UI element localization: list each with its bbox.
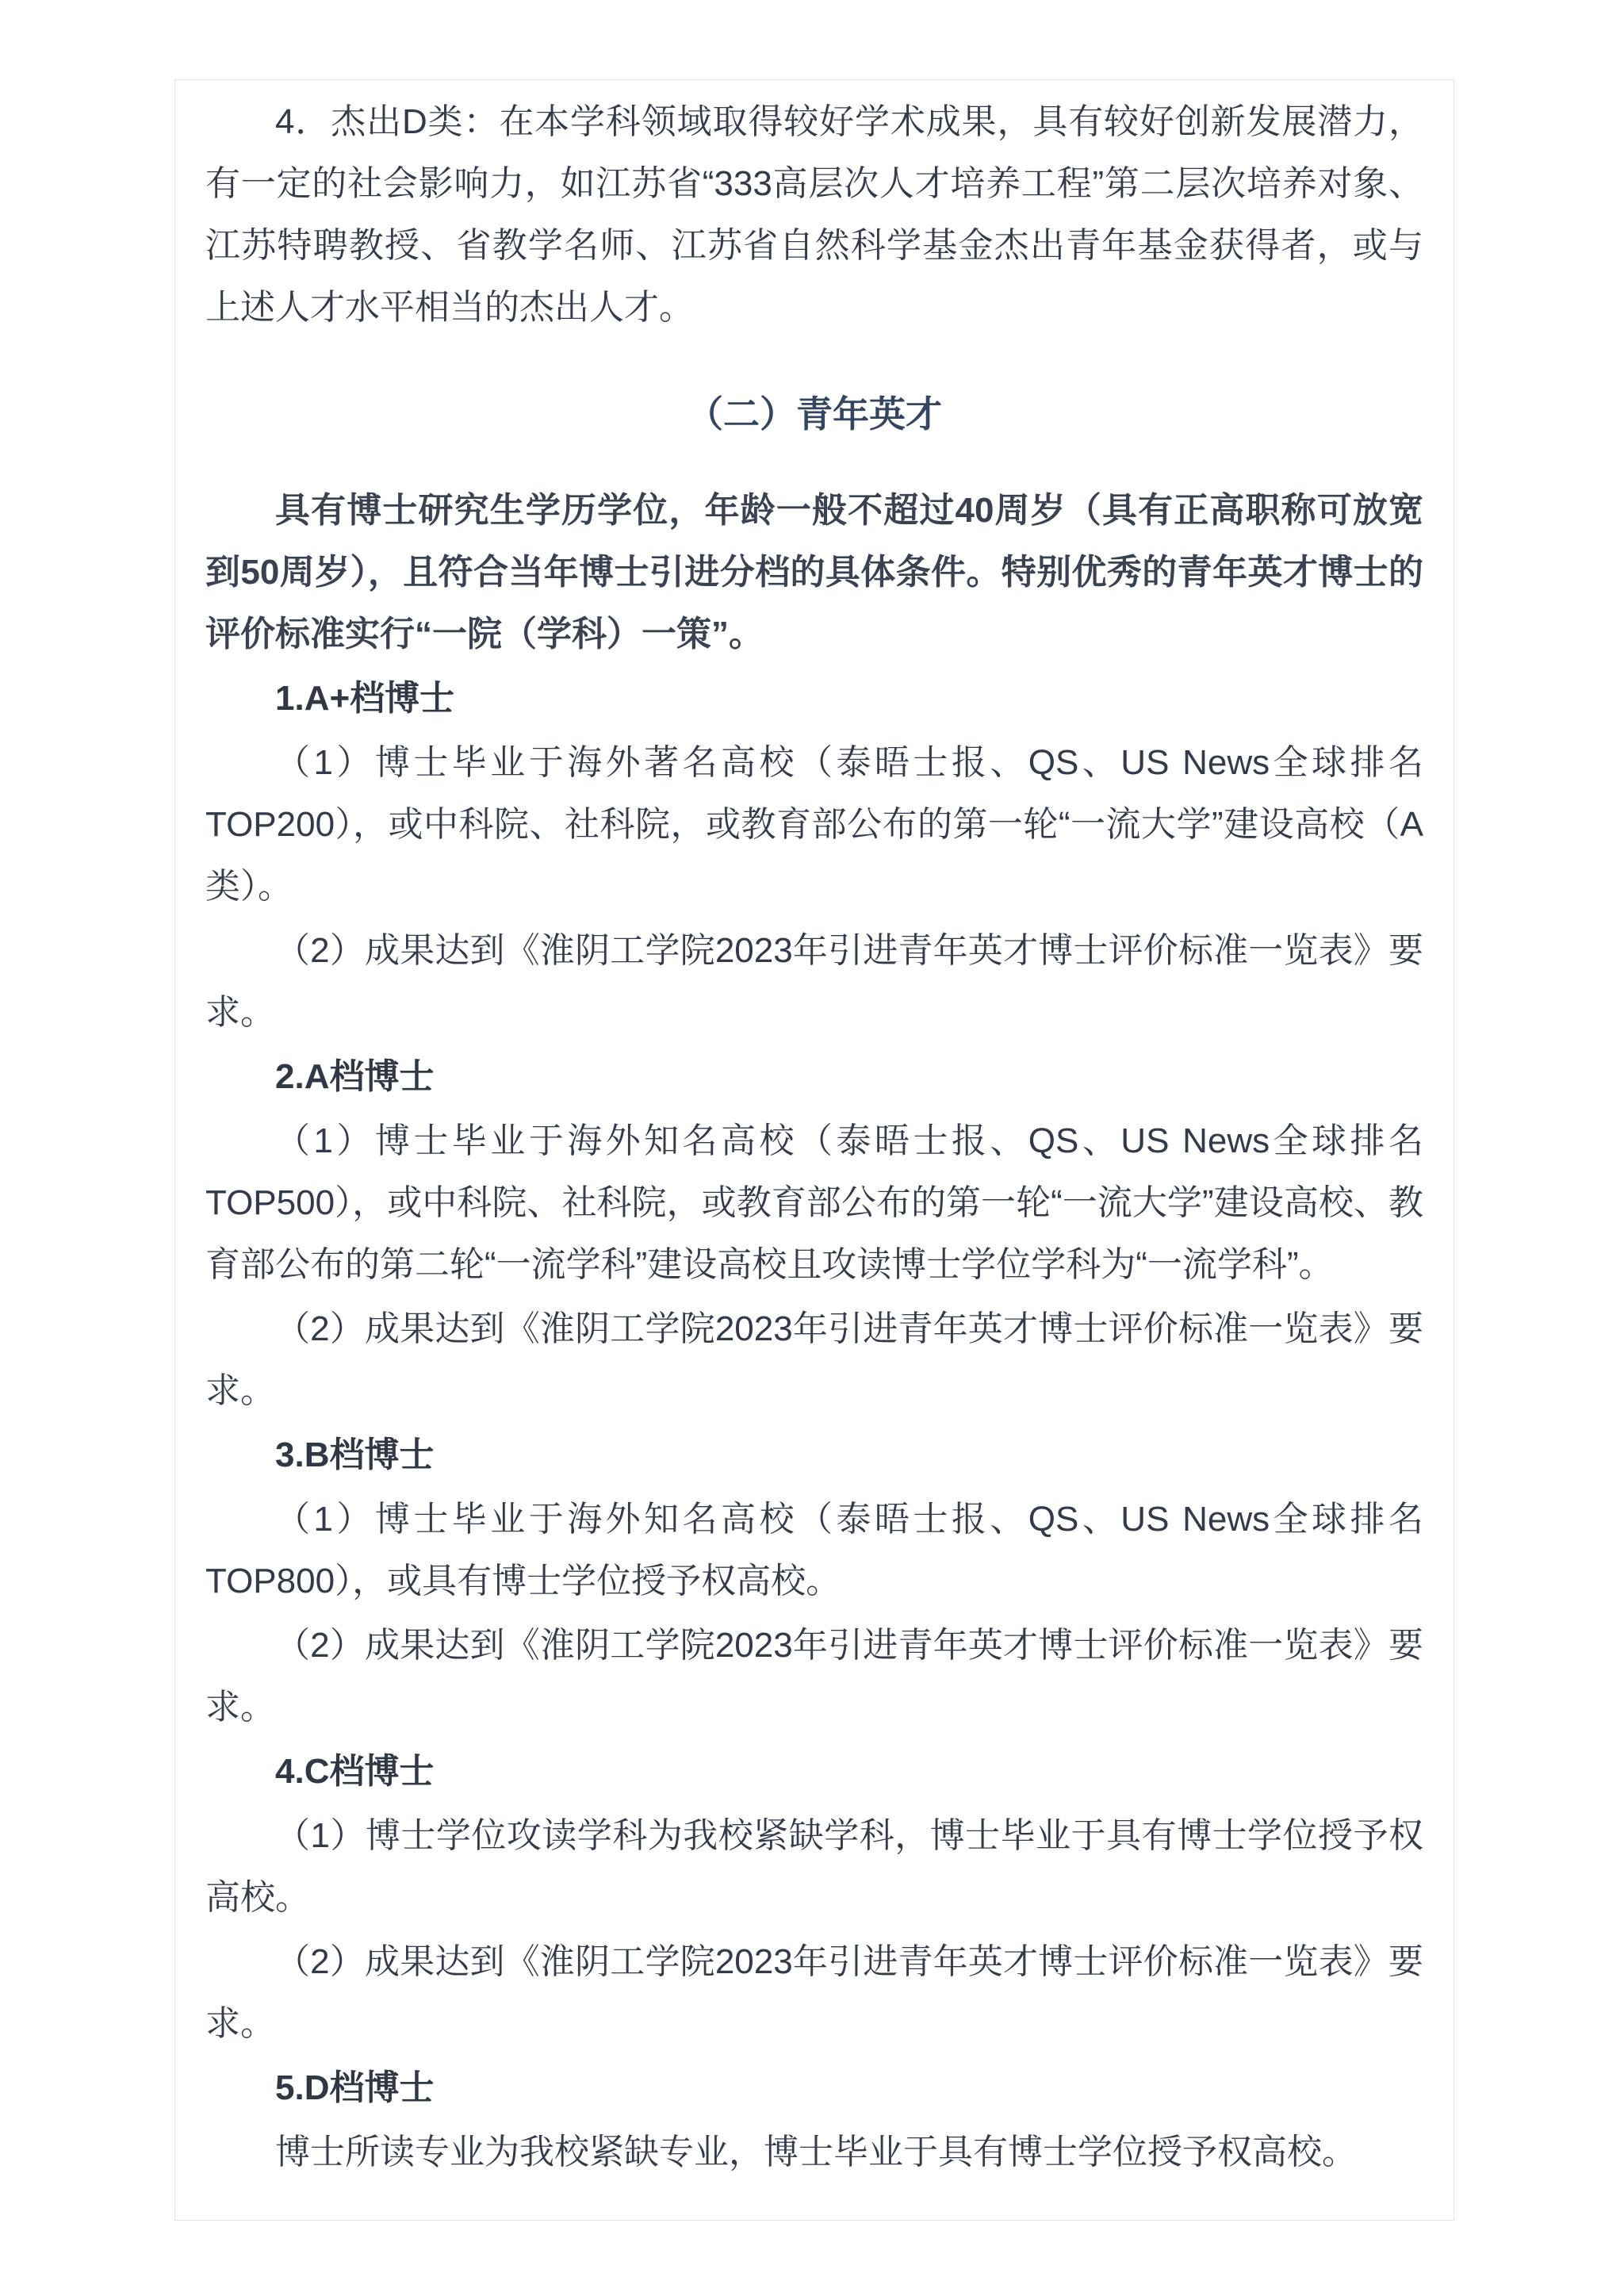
paragraph-c-condition-2: （2）成果达到《淮阴工学院2023年引进青年英才博士评价标准一览表》要求。 (205, 1931, 1423, 2055)
item-heading-a-plus-doctor: 1.A+档博士 (205, 668, 1423, 730)
paragraph-a-plus-condition-1: （1）博士毕业于海外著名高校（泰晤士报、QS、US News全球排名TOP200… (205, 732, 1423, 918)
paragraph-c-condition-1: （1）博士学位攻读学科为我校紧缺学科，博士毕业于具有博士学位授予权高校。 (205, 1805, 1423, 1929)
document-panel: 4．杰出D类：在本学科领域取得较好学术成果，具有较好创新发展潜力，有一定的社会影… (174, 79, 1454, 2221)
paragraph-b-condition-2: （2）成果达到《淮阴工学院2023年引进青年英才博士评价标准一览表》要求。 (205, 1615, 1423, 1738)
paragraph-outstanding-d-class: 4．杰出D类：在本学科领域取得较好学术成果，具有较好创新发展潜力，有一定的社会影… (205, 91, 1423, 339)
paragraph-b-condition-1: （1）博士毕业于海外知名高校（泰晤士报、QS、US News全球排名TOP800… (205, 1489, 1423, 1612)
paragraph-a-plus-condition-2: （2）成果达到《淮阴工学院2023年引进青年英才博士评价标准一览表》要求。 (205, 920, 1423, 1044)
document-page: 4．杰出D类：在本学科领域取得较好学术成果，具有较好创新发展潜力，有一定的社会影… (0, 0, 1624, 2296)
section-heading-young-talent: （二）青年英才 (205, 383, 1423, 445)
item-heading-a-doctor: 2.A档博士 (205, 1046, 1423, 1108)
paragraph-a-condition-1: （1）博士毕业于海外知名高校（泰晤士报、QS、US News全球排名TOP500… (205, 1110, 1423, 1296)
item-heading-b-doctor: 3.B档博士 (205, 1424, 1423, 1486)
item-heading-c-doctor: 4.C档博士 (205, 1741, 1423, 1803)
paragraph-a-condition-2: （2）成果达到《淮阴工学院2023年引进青年英才博士评价标准一览表》要求。 (205, 1298, 1423, 1422)
paragraph-d-condition: 博士所读专业为我校紧缺专业，博士毕业于具有博士学位授予权高校。 (205, 2122, 1423, 2183)
section-intro-paragraph: 具有博士研究生学历学位，年龄一般不超过40周岁（具有正高职称可放宽到50周岁），… (205, 480, 1423, 665)
item-heading-d-doctor: 5.D档博士 (205, 2057, 1423, 2119)
